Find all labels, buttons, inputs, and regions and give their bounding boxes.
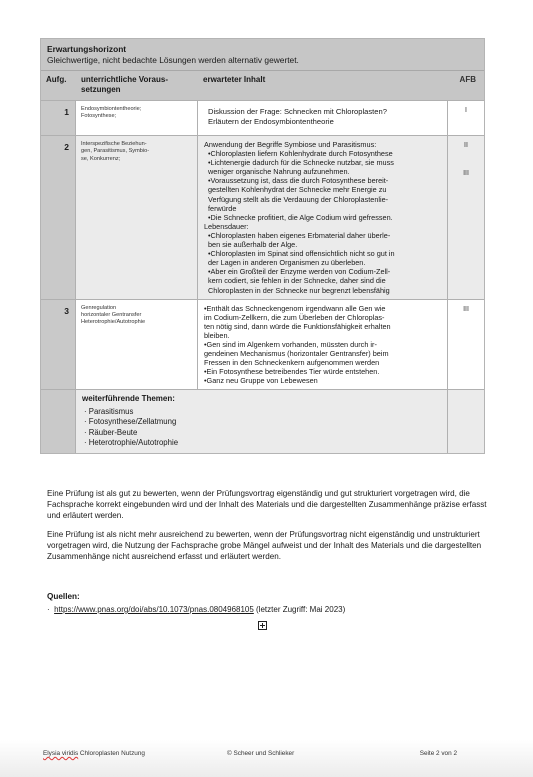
topic-item: Parasitismus <box>82 407 441 418</box>
expected-line: ten nötig sind, dann würde die Funktions… <box>204 322 441 331</box>
expected-line: bleiben. <box>204 331 441 340</box>
expected-line: Diskussion der Frage: Schnecken mit Chlo… <box>208 107 441 117</box>
expected-line: Verfügung stellt als die Verdauung der C… <box>204 195 441 204</box>
prereq-line: Fotosynthese; <box>81 113 192 120</box>
table-row: 2 Interspezifische Beziehun- gen, Parasi… <box>41 136 484 300</box>
expected-line: •Chloroplasten im Spinat sind offensicht… <box>204 249 441 258</box>
expected-line: der Lagen in anderen Organismen zu überl… <box>204 258 441 267</box>
expected-cell: •Enthält das Schneckengenom irgendwann a… <box>198 300 448 391</box>
expected-line: •Chloroplasten haben eigenes Erbmaterial… <box>204 231 441 240</box>
expected-line: ben sie außerhalb der Alge. <box>204 240 441 249</box>
expected-line: •Lichtenergie dadurch für die Schnecke n… <box>204 158 441 167</box>
col-prerequisites: unterrichtliche Voraus- setzungen <box>76 71 198 101</box>
table-header-box: Erwartungshorizont Gleichwertige, nicht … <box>41 39 484 71</box>
afb-level: I <box>448 107 484 114</box>
expected-line: Fressen in den Schneckenkern aufgenommen… <box>204 358 441 367</box>
expected-line: kern codiert, sie fehlen in der Schnecke… <box>204 276 441 285</box>
table-row: 1 Endosymbiontentheorie; Fotosynthese; D… <box>41 101 484 136</box>
further-topics-row: weiterführende Themen: Parasitismus Foto… <box>41 390 484 453</box>
topic-item: Fotosynthese/Zellatmung <box>82 417 441 428</box>
expected-cell: Anwendung der Begriffe Symbiose und Para… <box>198 136 448 300</box>
col-expected: erwarteter Inhalt <box>198 71 448 101</box>
empty-task-cell <box>41 390 76 453</box>
prerequisites-cell: Genregulation horizontaler Gentransfer H… <box>76 300 198 391</box>
expected-line: ferwürde <box>204 204 441 213</box>
column-header-row: Aufg. unterrichtliche Voraus- setzungen … <box>41 71 484 101</box>
prereq-line: gen, Parasitismus, Symbio- <box>81 148 192 155</box>
grading-good-paragraph: Eine Prüfung ist als gut zu bewerten, we… <box>47 488 487 522</box>
task-number: 1 <box>41 101 76 136</box>
expand-plus-icon[interactable] <box>258 621 267 630</box>
expected-line: •Ein Fotosynthese betreibendes Tier würd… <box>204 367 441 376</box>
table-row: 3 Genregulation horizontaler Gentransfer… <box>41 300 484 391</box>
expected-line: •Ganz neu Gruppe von Lebewesen <box>204 376 441 385</box>
task-number: 3 <box>41 300 76 391</box>
expected-line: Lebensdauer: <box>204 222 441 231</box>
table-title: Erwartungshorizont <box>47 44 478 55</box>
expected-line: im Codium-Zellkern, die zum Überleben de… <box>204 313 441 322</box>
prereq-line: horizontaler Gentransfer <box>81 312 192 319</box>
sources-title: Quellen: <box>47 592 80 601</box>
task-number: 2 <box>41 136 76 300</box>
page-footer: Elysia viridis Chloroplasten Nutzung © S… <box>0 740 533 777</box>
footer-title-rest: Chloroplasten Nutzung <box>78 750 145 757</box>
expected-line: Chloroplasten in der Schnecke nur begren… <box>204 286 441 295</box>
further-topics: weiterführende Themen: Parasitismus Foto… <box>76 390 448 453</box>
source-item: · https://www.pnas.org/doi/abs/10.1073/p… <box>47 605 345 614</box>
table-subtitle: Gleichwertige, nicht bedachte Lösungen w… <box>47 55 478 66</box>
expected-line: •Gen sind im Algenkern vorhanden, müsste… <box>204 340 441 349</box>
expected-line: •Aber ein Großteil der Enzyme werden von… <box>204 267 441 276</box>
afb-level: III <box>448 170 484 198</box>
expected-line: •Die Schnecke profitiert, die Alge Codiu… <box>204 213 441 222</box>
expected-line: gendeinen Mechanismus (horizontaler Gent… <box>204 349 441 358</box>
topic-item: Räuber-Beute <box>82 428 441 439</box>
source-note: (letzter Zugriff: Mai 2023) <box>254 605 345 614</box>
expected-line: Anwendung der Begriffe Symbiose und Para… <box>204 140 441 149</box>
expected-cell: Diskussion der Frage: Schnecken mit Chlo… <box>198 101 448 136</box>
prereq-line: se, Konkurrenz; <box>81 156 192 163</box>
expected-line: weniger organische Nahrung aufzunehmen. <box>204 167 441 176</box>
expected-line: •Enthält das Schneckengenom irgendwann a… <box>204 304 441 313</box>
prerequisites-cell: Endosymbiontentheorie; Fotosynthese; <box>76 101 198 136</box>
footer-page-number: Seite 2 von 2 <box>420 750 457 757</box>
source-link[interactable]: https://www.pnas.org/doi/abs/10.1073/pna… <box>54 605 254 614</box>
expected-line: •Voraussetzung ist, dass die durch Fotos… <box>204 176 441 185</box>
footer-document-title: Elysia viridis Chloroplasten Nutzung <box>43 750 145 757</box>
afb-cell: II III <box>448 136 484 300</box>
footer-title-species: Elysia viridis <box>43 750 78 757</box>
further-topics-title: weiterführende Themen: <box>82 394 441 405</box>
expected-line: Erläutern der Endosymbiontentheorie <box>208 117 441 127</box>
prereq-line: Heterotrophie/Autotrophie <box>81 319 192 326</box>
prereq-line: Endosymbiontentheorie; <box>81 106 192 113</box>
expected-line: gestellten Kohlenhydrat der Schnecke meh… <box>204 185 441 194</box>
topic-item: Heterotrophie/Autotrophie <box>82 438 441 449</box>
afb-cell: I <box>448 101 484 136</box>
grading-insufficient-paragraph: Eine Prüfung ist als nicht mehr ausreich… <box>47 529 487 563</box>
prerequisites-cell: Interspezifische Beziehun- gen, Parasiti… <box>76 136 198 300</box>
footer-copyright: © Scheer und Schlieker <box>227 750 294 757</box>
afb-level: III <box>448 306 484 313</box>
col-task: Aufg. <box>41 71 76 101</box>
prereq-line: Genregulation <box>81 305 192 312</box>
prereq-line: Interspezifische Beziehun- <box>81 141 192 148</box>
afb-cell: III <box>448 300 484 391</box>
expected-line: •Chloroplasten liefern Kohlenhydrate dur… <box>204 149 441 158</box>
afb-level: II <box>448 142 484 170</box>
col-afb: AFB <box>448 71 484 101</box>
expectation-table: Erwartungshorizont Gleichwertige, nicht … <box>40 38 485 454</box>
empty-afb-cell <box>448 390 484 453</box>
